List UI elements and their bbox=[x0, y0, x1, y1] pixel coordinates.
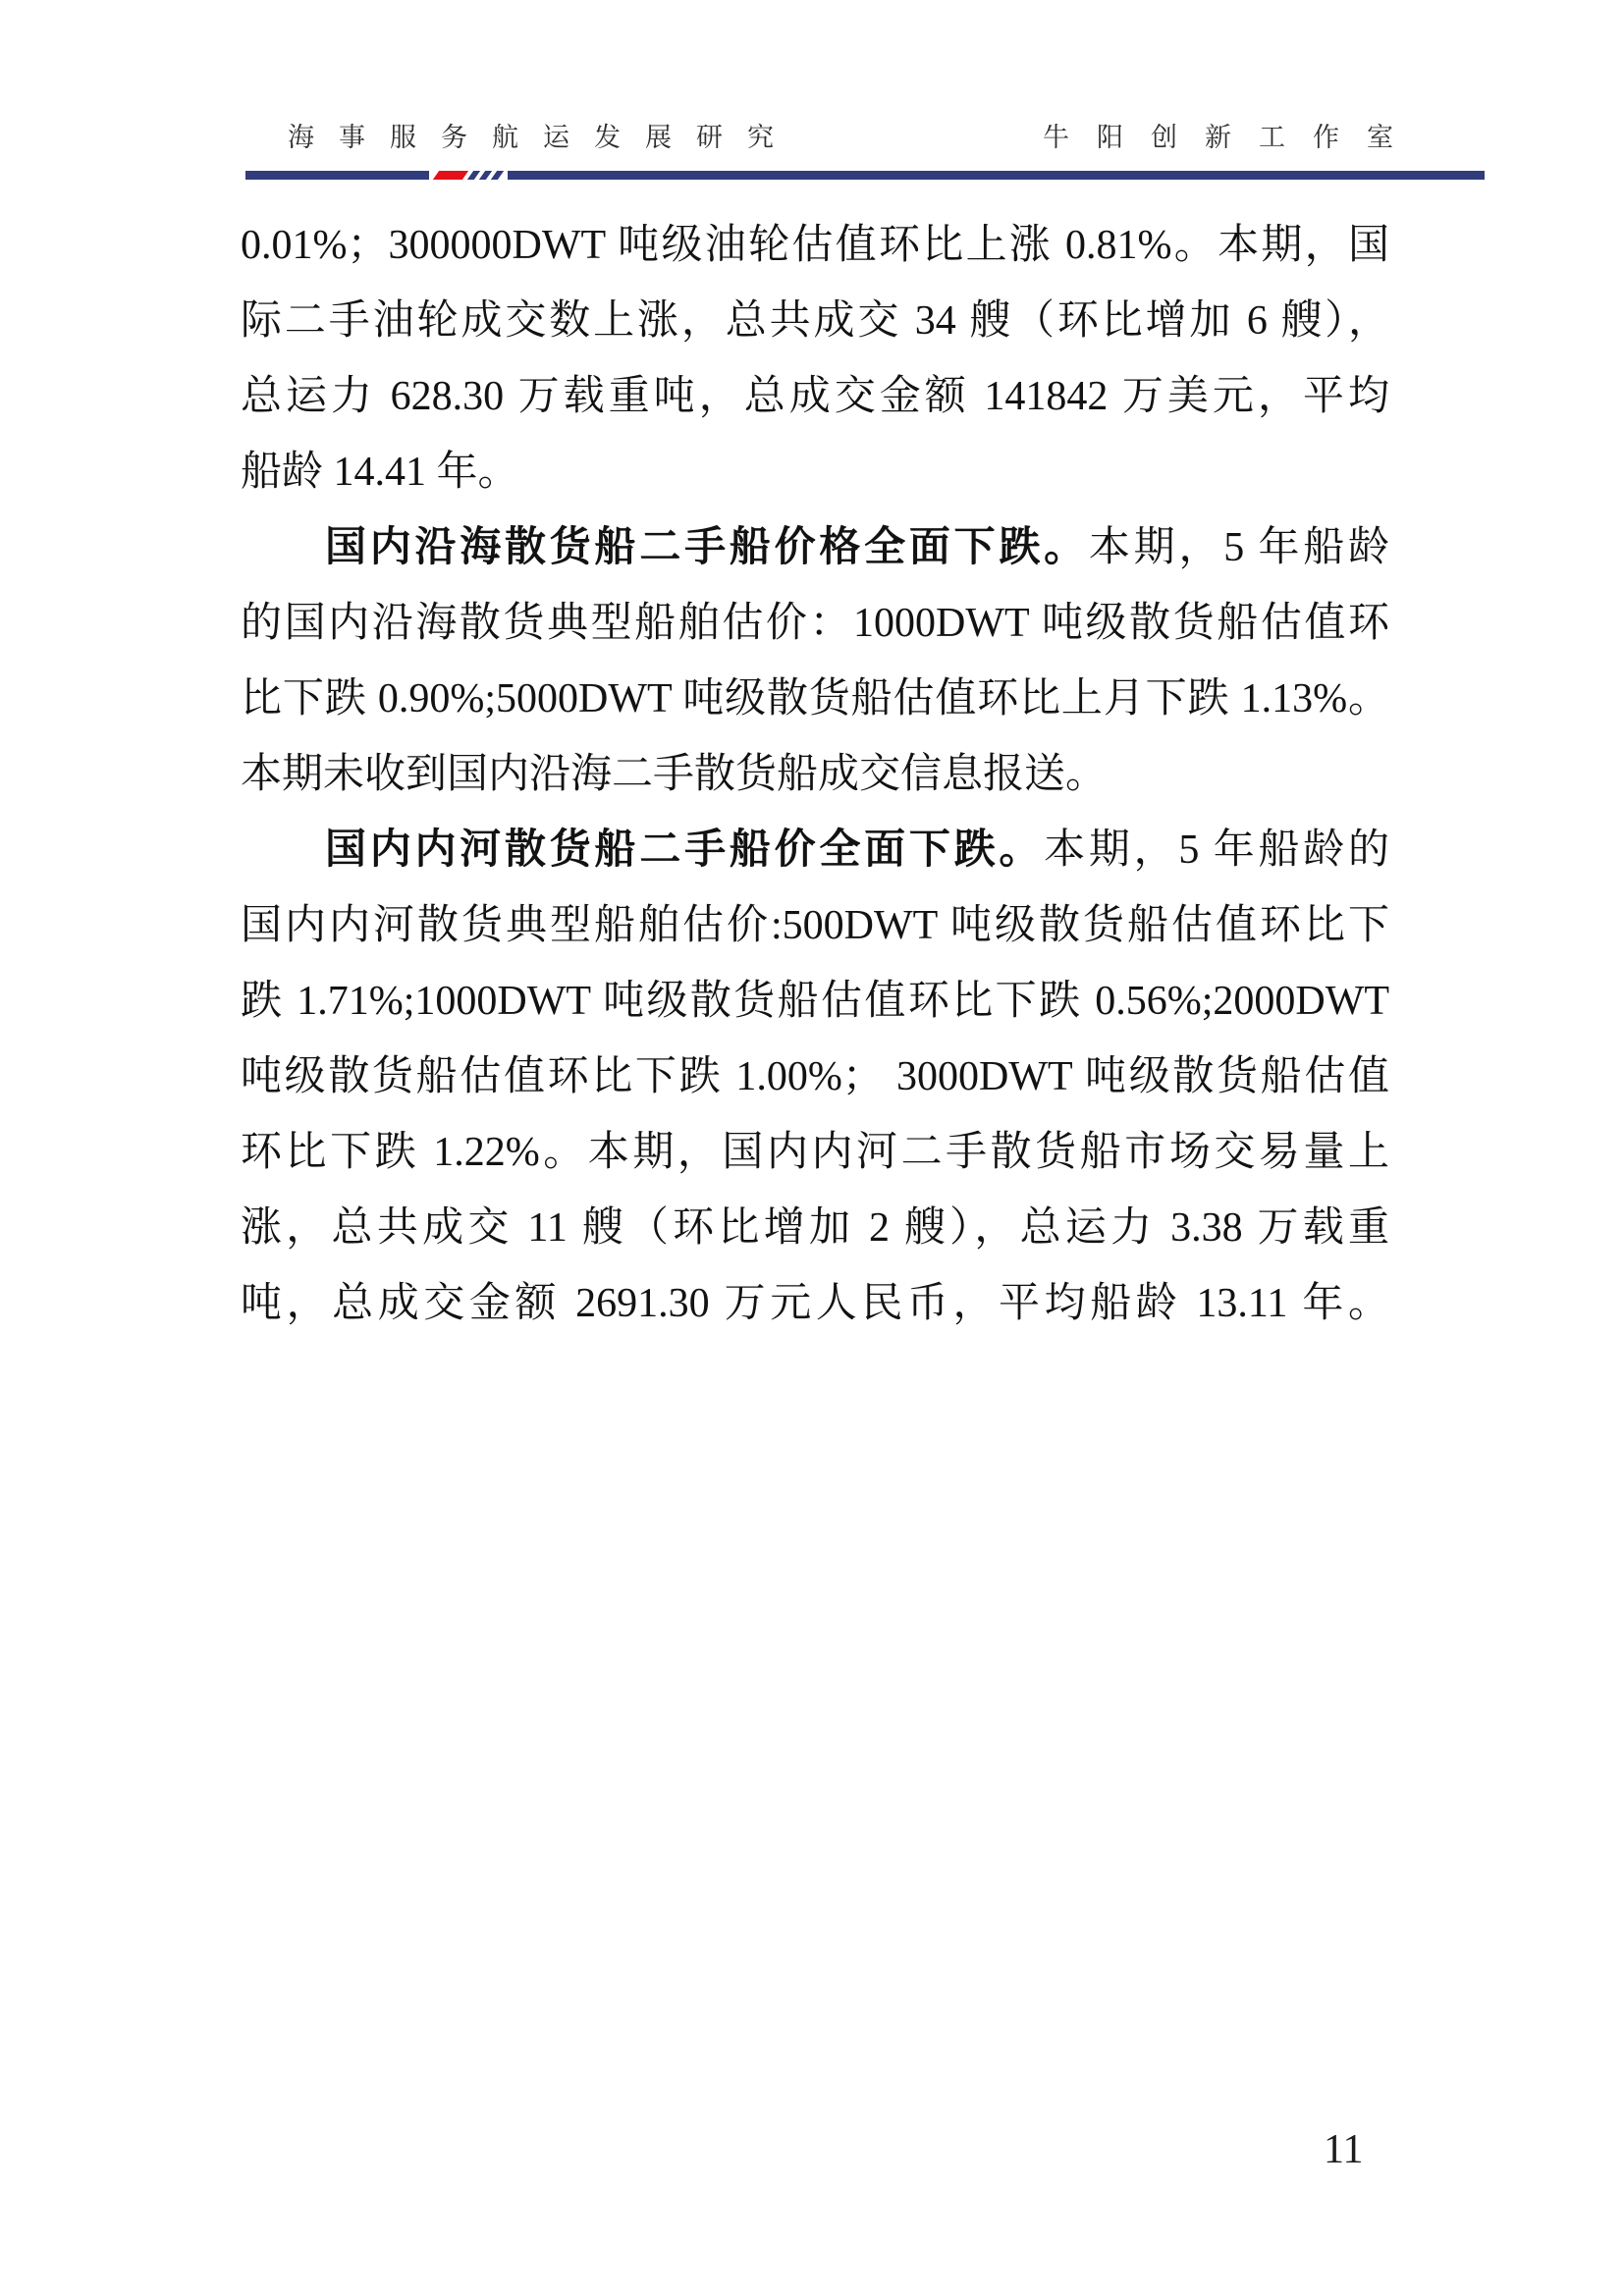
body-line-text: 吨，总成交金额 2691.30 万元人民币，平均船龄 13.11 年。 bbox=[241, 1281, 1389, 1326]
body-line: 比下跌 0.90%;5000DWT 吨级散货船估值环比上月下跌 1.13%。 bbox=[241, 662, 1389, 737]
divider-right-bar bbox=[508, 171, 1485, 180]
body-line: 吨级散货船估值环比下跌 1.00%； 3000DWT 吨级散货船估值 bbox=[241, 1040, 1389, 1115]
body-line-bold-text: 国内内河散货船二手船价全面下跌。 bbox=[325, 828, 1044, 873]
body-text: 0.01%；300000DWT 吨级油轮估值环比上涨 0.81%。本期，国际二手… bbox=[241, 208, 1389, 1342]
body-line: 际二手油轮成交数上涨，总共成交 34 艘（环比增加 6 艘）， bbox=[241, 284, 1389, 359]
body-line: 涨，总共成交 11 艘（环比增加 2 艘），总运力 3.38 万载重 bbox=[241, 1191, 1389, 1266]
header-right-title: 牛阳创新工作室 bbox=[1043, 116, 1421, 154]
body-line-text: 际二手油轮成交数上涨，总共成交 34 艘（环比增加 6 艘）， bbox=[241, 298, 1389, 344]
body-line-text: 的国内沿海散货典型船舶估价：1000DWT 吨级散货船估值环 bbox=[241, 601, 1389, 646]
body-line-text: 跌 1.71%;1000DWT 吨级散货船估值环比下跌 0.56%;2000DW… bbox=[241, 979, 1389, 1024]
divider-stripe bbox=[491, 171, 504, 180]
body-line: 跌 1.71%;1000DWT 吨级散货船估值环比下跌 0.56%;2000DW… bbox=[241, 964, 1389, 1040]
page-number: 11 bbox=[1324, 2126, 1363, 2173]
body-line: 国内沿海散货船二手船价格全面下跌。本期，5 年船龄 bbox=[241, 510, 1389, 586]
body-line-text: 0.01%；300000DWT 吨级油轮估值环比上涨 0.81%。本期，国 bbox=[241, 223, 1389, 268]
divider-red-accent bbox=[433, 171, 468, 180]
body-line-text: 本期未收到国内沿海二手散货船成交信息报送。 bbox=[241, 752, 1107, 797]
body-line-text: 本期，5 年船龄的 bbox=[1044, 828, 1389, 873]
header-left-title: 海事服务航运发展研究 bbox=[288, 116, 798, 154]
body-line-text: 吨级散货船估值环比下跌 1.00%； 3000DWT 吨级散货船估值 bbox=[241, 1054, 1389, 1099]
body-line: 本期未收到国内沿海二手散货船成交信息报送。 bbox=[241, 737, 1389, 813]
body-line-text: 船龄 14.41 年。 bbox=[241, 450, 519, 495]
body-line: 船龄 14.41 年。 bbox=[241, 435, 1389, 510]
body-line-text: 环比下跌 1.22%。本期，国内内河二手散货船市场交易量上 bbox=[241, 1130, 1389, 1175]
body-line: 国内内河散货船二手船价全面下跌。本期，5 年船龄的 bbox=[241, 813, 1389, 888]
divider-left-bar bbox=[245, 171, 429, 180]
document-page: 海事服务航运发展研究 牛阳创新工作室 0.01%；300000DWT 吨级油轮估… bbox=[0, 0, 1624, 2296]
body-line-text: 国内内河散货典型船舶估价:500DWT 吨级散货船估值环比下 bbox=[241, 903, 1389, 948]
body-line: 0.01%；300000DWT 吨级油轮估值环比上涨 0.81%。本期，国 bbox=[241, 208, 1389, 284]
body-line-text: 涨，总共成交 11 艘（环比增加 2 艘），总运力 3.38 万载重 bbox=[241, 1205, 1389, 1251]
body-line: 的国内沿海散货典型船舶估价：1000DWT 吨级散货船估值环 bbox=[241, 586, 1389, 662]
body-line-text: 比下跌 0.90%;5000DWT 吨级散货船估值环比上月下跌 1.13%。 bbox=[241, 676, 1389, 721]
body-line: 国内内河散货典型船舶估价:500DWT 吨级散货船估值环比下 bbox=[241, 888, 1389, 964]
body-line: 总运力 628.30 万载重吨，总成交金额 141842 万美元，平均 bbox=[241, 359, 1389, 435]
header-divider-bar bbox=[245, 171, 1485, 180]
body-line-text: 总运力 628.30 万载重吨，总成交金额 141842 万美元，平均 bbox=[241, 374, 1389, 419]
body-line-bold-text: 国内沿海散货船二手船价格全面下跌。 bbox=[325, 525, 1089, 570]
body-line: 环比下跌 1.22%。本期，国内内河二手散货船市场交易量上 bbox=[241, 1115, 1389, 1191]
body-line-text: 本期，5 年船龄 bbox=[1089, 525, 1389, 570]
body-line: 吨，总成交金额 2691.30 万元人民币，平均船龄 13.11 年。 bbox=[241, 1266, 1389, 1342]
